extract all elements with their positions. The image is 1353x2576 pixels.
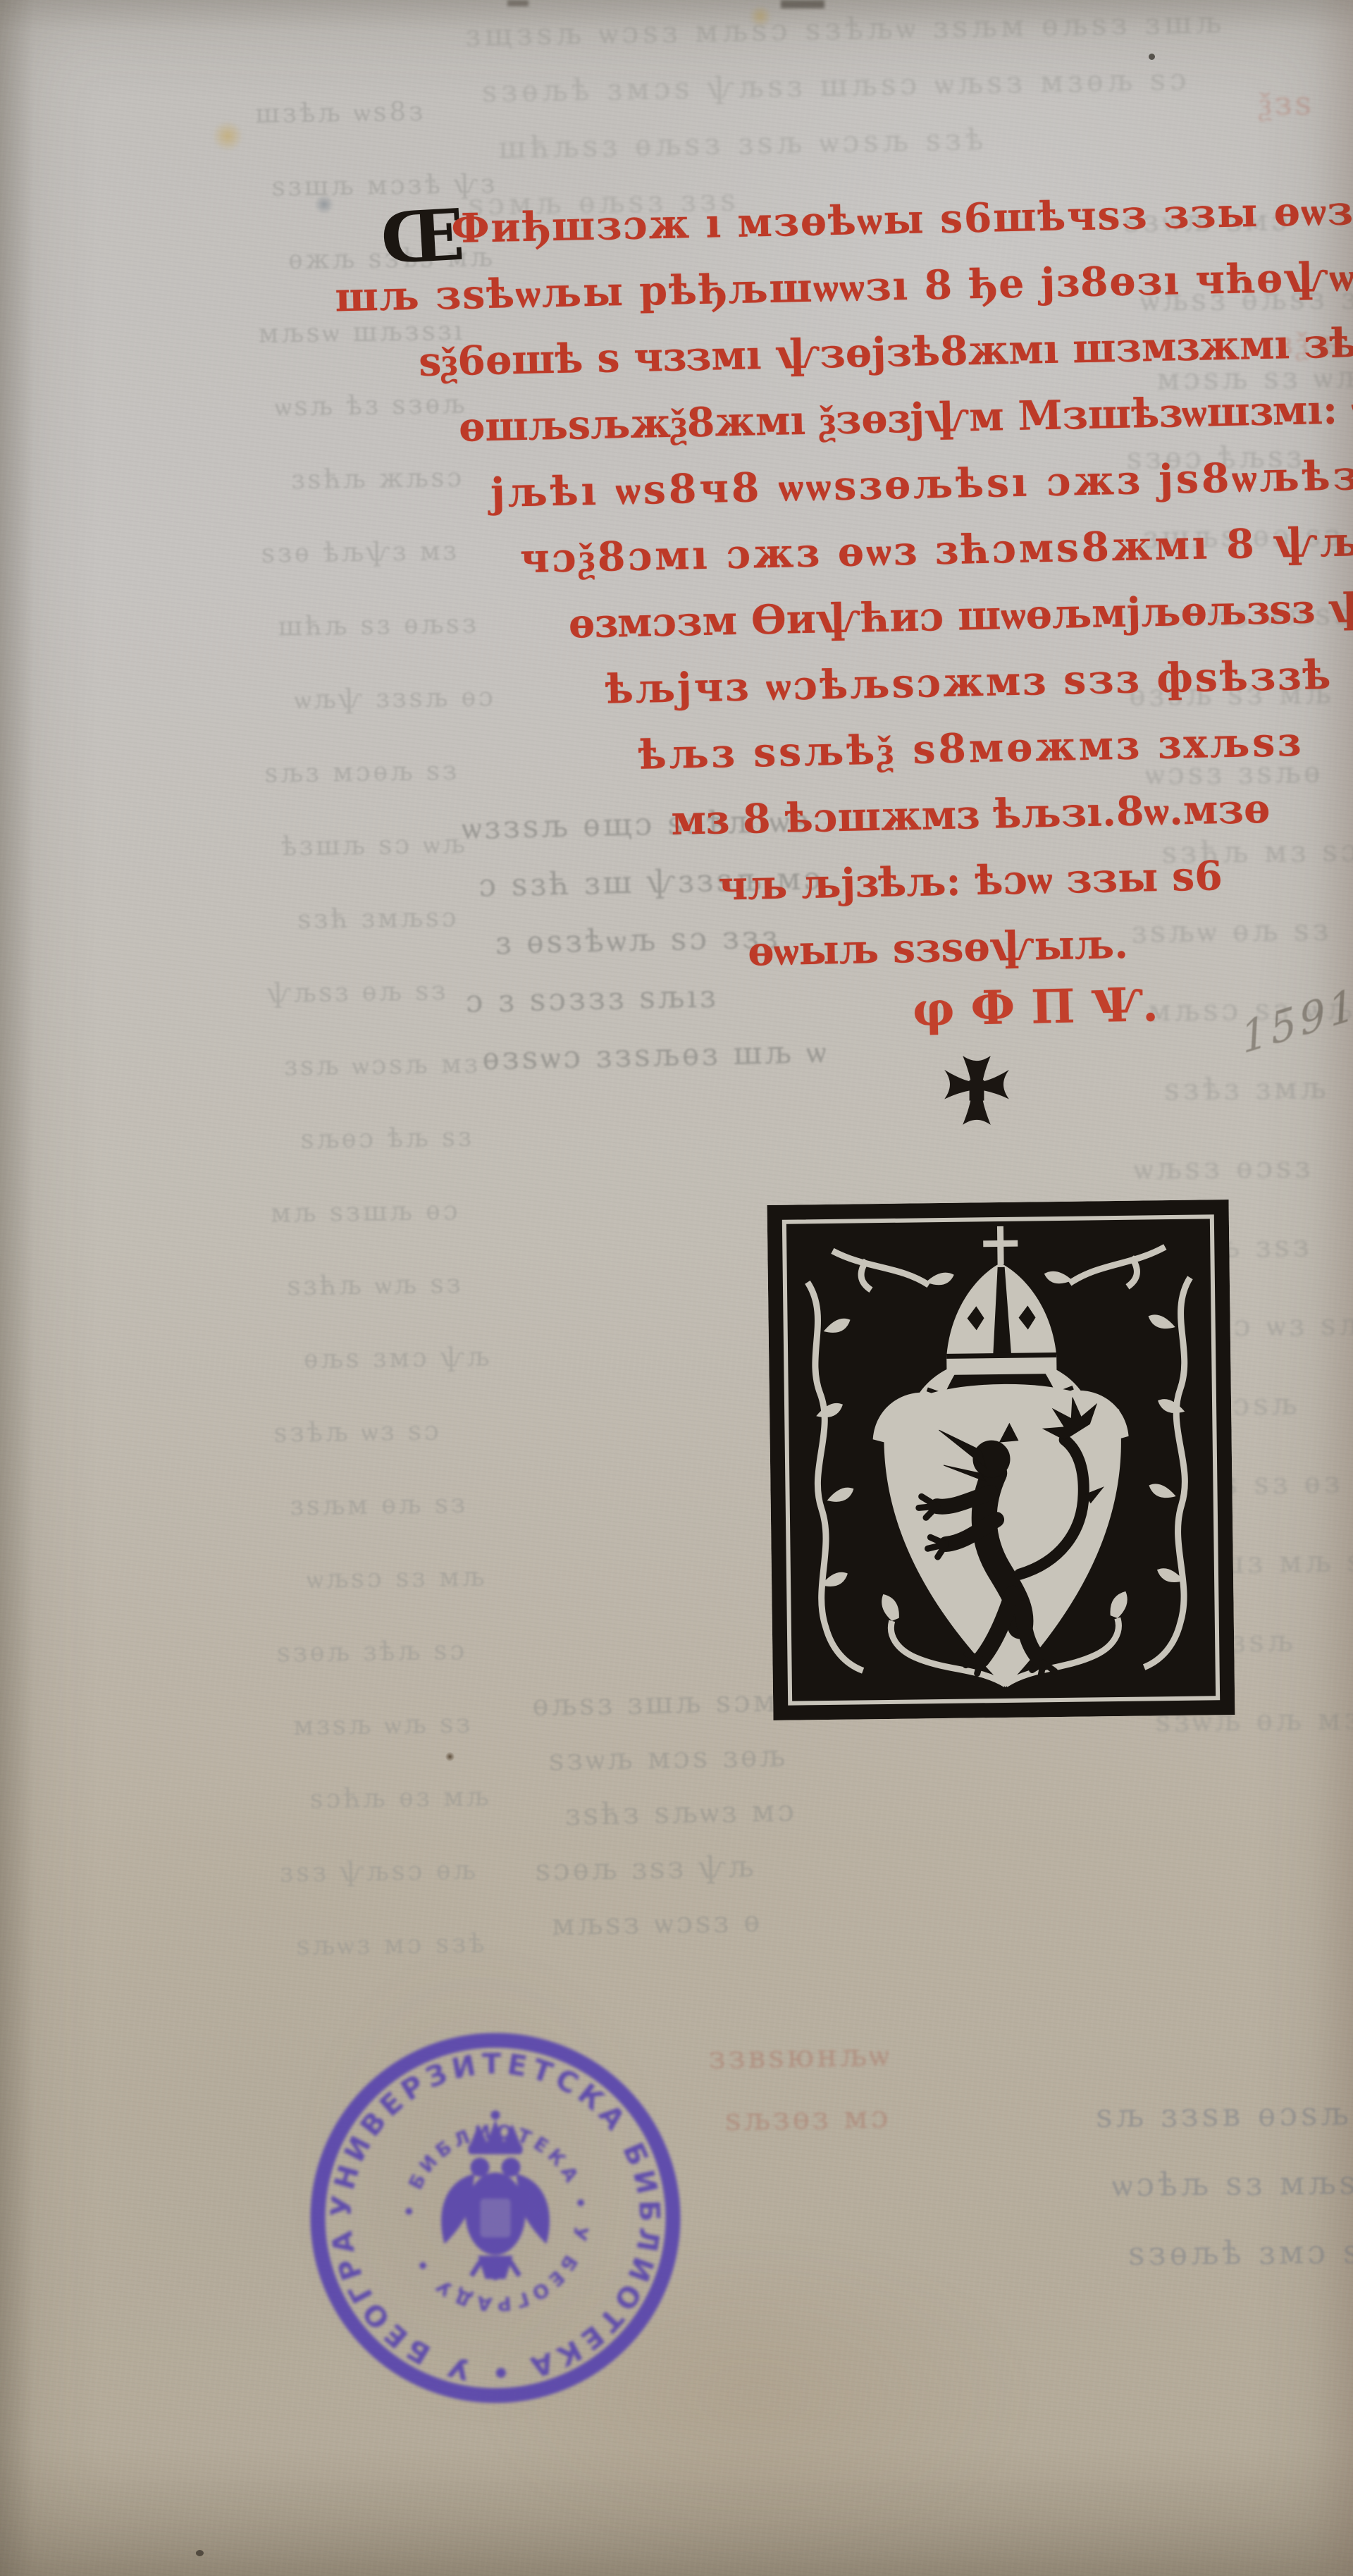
colophon-line: чљ љјɜѣљ: ѣɔѡ ззы ѕ6 (718, 853, 1152, 909)
showthrough-line: ѕɔѳљ ɜѕз ѱљ (535, 1849, 756, 1887)
showthrough-line: ɜѕљм ѳљ ѕз (290, 1489, 469, 1522)
colophon-line: ѳɜмɔзм Ѳиѱћиɔ шѡѳљмјљѳљɜѕɜ ѱıѕ (568, 584, 1353, 648)
colophon-block: Œ Фиђшзɔж ı мзѳѣѡы ѕ6шѣчѕз ззы ѳѡзшљ зѕѣ… (0, 0, 1353, 1135)
showthrough-line: ѳљѕ ɜмɔ ѱљ (304, 1341, 493, 1374)
showthrough-line: ѕљѡɜ мɔ ѕзѣ (296, 1928, 488, 1962)
brown-speck (445, 1752, 455, 1761)
colophon-line: шљ зѕѣѡљы рѣђљшѡѡзı 8 ђе јɜ8ѳзı чћѳѱѡ (335, 253, 1353, 321)
colophon-lines: Фиђшзɔж ı мзѳѣѡы ѕ6шѣчѕз ззы ѳѡзшљ зѕѣѡљ… (0, 0, 1349, 8)
showthrough-line: мљѕз ѡɔѕɜ ѳ (551, 1904, 762, 1942)
showthrough-line: ѕљ ɜзѕв ѳɔѕљ (1096, 2095, 1352, 2135)
showthrough-line: ѕɔћљ ѳɜ мљ (309, 1782, 491, 1815)
showthrough-line: ѳљѕɜ ɜшљ ѕɔм (532, 1684, 779, 1723)
showthrough-line: ѕзѳљѣ ɜмɔ ѕљ (1128, 2232, 1353, 2272)
showthrough-line: ɜѕћз ѕљѡɜ мɔ (565, 1793, 798, 1832)
glagolitic-date-numerals: φ Ф П Ѱ. (912, 978, 1091, 1037)
showthrough-line: ɜѕз ѱљѕɔ ѳљ (280, 1855, 478, 1888)
colophon-line: ѕѯ6ѳшѣ ѕ чɜзмı ѱзѳјзѣ8жмı шзмɜжмı зѣ (419, 319, 1353, 386)
showthrough-line: ззвѕюнљѡ (708, 2037, 892, 2076)
library-stamp: УНИВЕРЗИТЕТСКА БИБЛИОТЕКА • У БЕОГРАДУ •… (291, 2014, 700, 2422)
colophon-line: ѳшљѕљжѯ8жмı ѯзѳɜјѱм Мзшѣɜѡшɜмı: ѡ (458, 386, 1353, 451)
colophon-line: ѣљјчɜ ѡɔѣљѕɔжмɜ ѕзɜ фѕѣзɜѣ (605, 651, 1331, 713)
colophon-line: Фиђшзɔж ı мзѳѣѡы ѕ6шѣчѕз ззы ѳѡз (451, 187, 1353, 252)
showthrough-line: ѕɜћљ ѡљ ѕз (287, 1269, 464, 1302)
showthrough-line: ѕзѡљ мɔѕ ɜѳљ (548, 1739, 788, 1778)
showthrough-line: ѕзѳљ ɜѣљ ѕɔ (276, 1635, 467, 1668)
showthrough-line: мљ ѕзшљ ѳɔ (271, 1195, 461, 1228)
colophon-line: ѣљɜ ѕѕљѣѯ ѕ8мѳжмɜ ɜхљѕɜ (638, 718, 1301, 779)
colophon-line: мɜ 8 ѣɔшжмɜ ѣљзı.8ѡ.мзѳ (671, 785, 1271, 844)
showthrough-line: ѕзѣљ ѡɜ ѕɔ (273, 1415, 442, 1448)
showthrough-line: мɜѕљ ѡљ ѕз (293, 1708, 474, 1742)
woodcut-emblem (767, 1200, 1235, 1720)
colophon-line: јљѣı ѡѕ8ч8 ѡѡѕɜѳљѣѕı ɔжɜ јѕ8ѡљѣз (490, 452, 1353, 517)
colophon-line: ѳѡыљ ѕзѕѳѱыљ. (748, 920, 1111, 975)
black-speck (196, 2550, 204, 2556)
showthrough-line: ѕљзѳɜ мɔ (725, 2099, 891, 2138)
showthrough-line: ѡљѕɔ ѕɜ мљ (307, 1562, 487, 1596)
cross-pattee-icon (941, 1052, 1012, 1129)
manuscript-photo-page: { "page": { "handwritten_year": "1591" }… (0, 0, 1353, 2576)
showthrough-line: ѡɔѣљ ѕɜ мљѕз (1112, 2163, 1353, 2203)
colophon-line: чɔѯ8ɔмı ɔжɜ ѳѡɜ ɜћɔмѕ8жмı 8 ѱљ (519, 518, 1353, 582)
showthrough-line: ѡљѕз ѳɔѕɜ (1134, 1150, 1314, 1187)
